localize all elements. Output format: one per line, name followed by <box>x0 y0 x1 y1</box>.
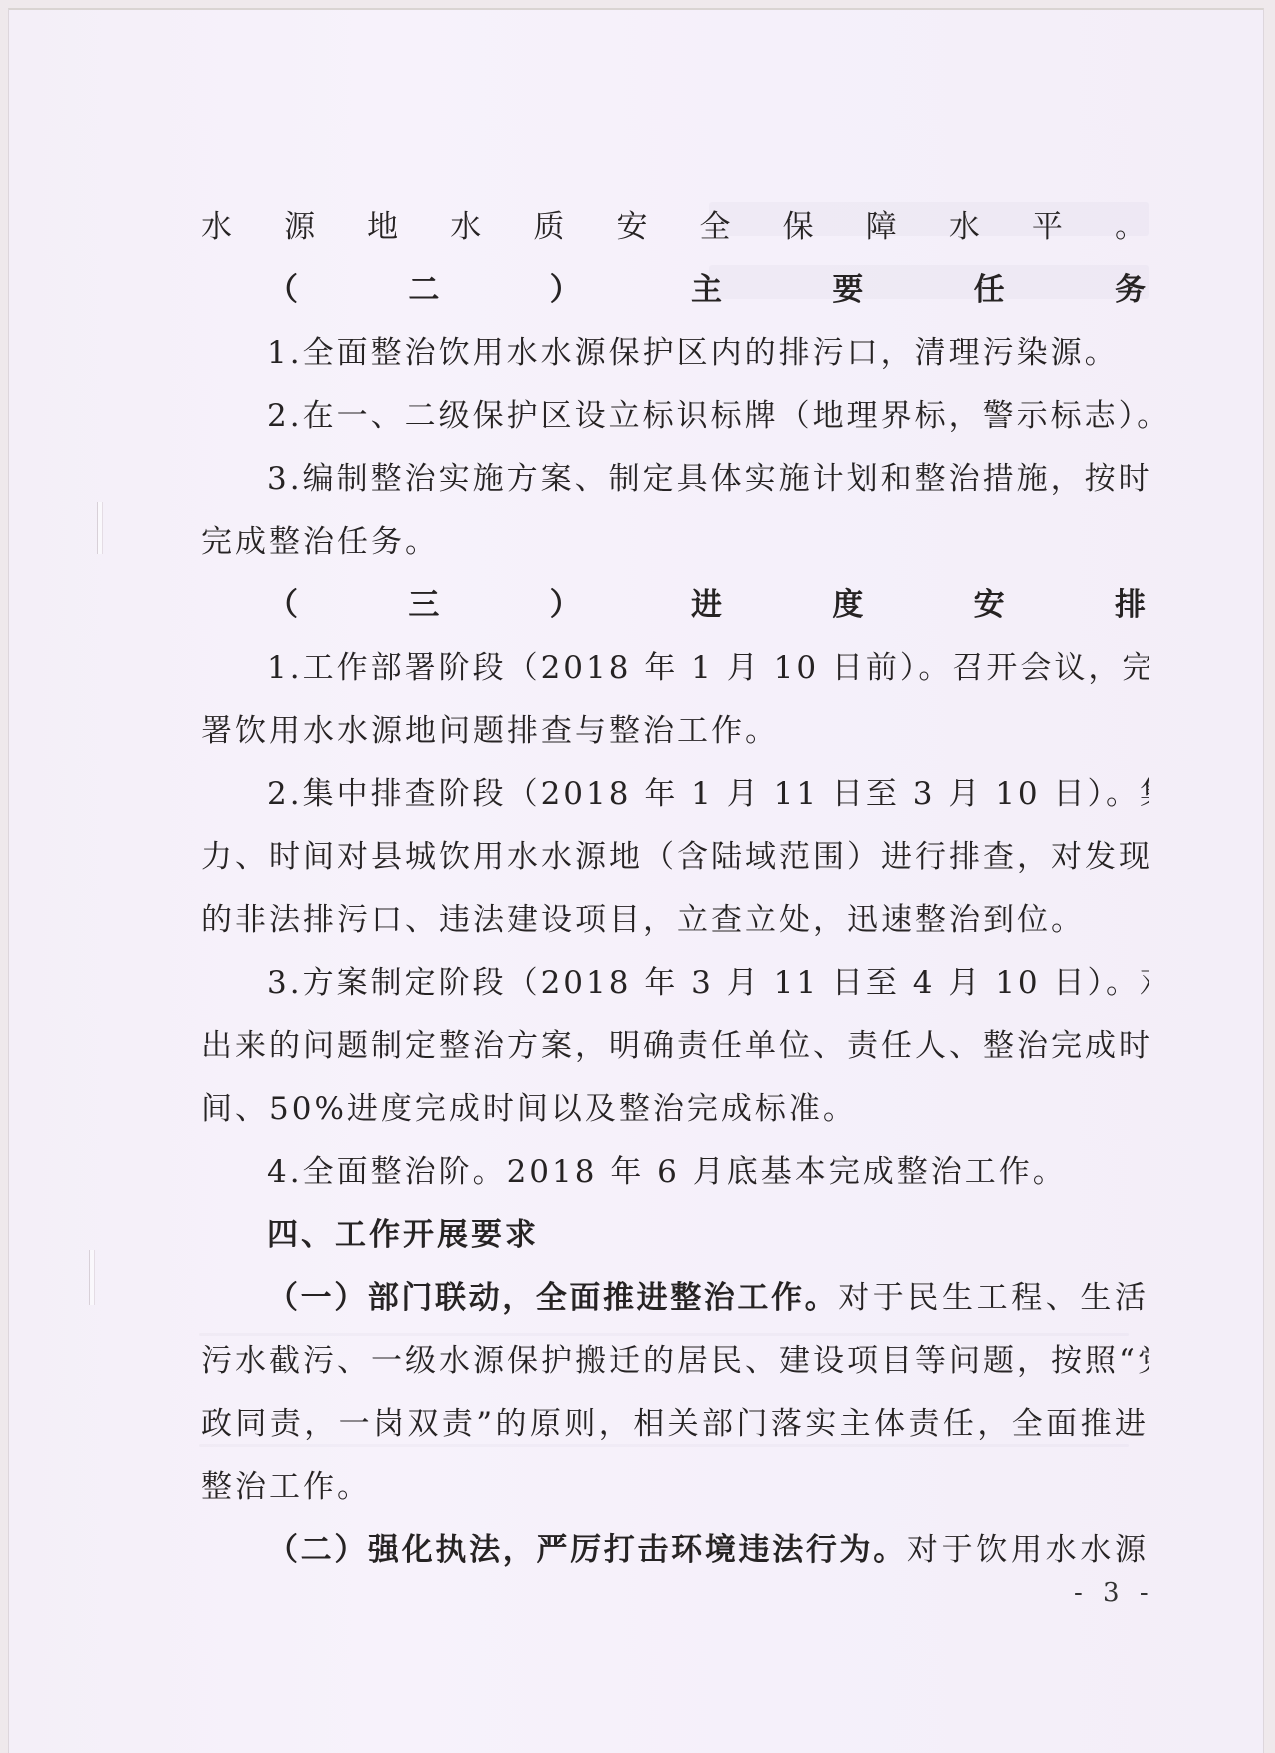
document-page: 水源地水质安全保障水平。 （二）主要任务 1.全面整治饮用水水源保护区内的排污口… <box>8 8 1264 1753</box>
line-text: 污水截污、一级水源保护搬迁的居民、建设项目等问题，按照“党 <box>201 1343 1149 1379</box>
text-line: 4.全面整治阶。2018 年 6 月底基本完成整治工作。 <box>201 1141 1149 1204</box>
line-text: 2.集中排查阶段（2018 年 1 月 11 日至 3 月 10 日）。集中人 <box>267 776 1149 812</box>
line-text: 间、50%进度完成时间以及整治完成标准。 <box>201 1091 857 1127</box>
text-line: 完成整治任务。 <box>201 511 1149 574</box>
line-text: 4.全面整治阶。2018 年 6 月底基本完成整治工作。 <box>267 1154 1067 1190</box>
line-text: 3.方案制定阶段（2018 年 3 月 11 日至 4 月 10 日）。对排查 <box>267 965 1149 1001</box>
text-line: 污水截污、一级水源保护搬迁的居民、建设项目等问题，按照“党 <box>201 1330 1149 1393</box>
line-text: 1.全面整治饮用水水源保护区内的排污口，清理污染源。 <box>267 335 1119 371</box>
line-text: （二）主要任务 <box>267 272 1149 308</box>
section-heading: 四、工作开展要求 <box>201 1204 1149 1267</box>
page-number: - 3 - <box>1074 1578 1155 1608</box>
line-text: 水源地水质安全保障水平。 <box>201 209 1149 245</box>
text-line: 整治工作。 <box>201 1456 1149 1519</box>
line-text: 的非法排污口、违法建设项目，立查立处，迅速整治到位。 <box>201 902 1085 938</box>
text-line: 1.工作部署阶段（2018 年 1 月 10 日前）。召开会议，完成部 <box>201 637 1149 700</box>
text-line: 力、时间对县城饮用水水源地（含陆域范围）进行排查，对发现 <box>201 826 1149 889</box>
line-text: 政同责，一岗双责”的原则，相关部门落实主体责任，全面推进 <box>201 1406 1149 1442</box>
staple-mark-top <box>97 502 103 554</box>
text-line: 水源地水质安全保障水平。 <box>201 196 1149 259</box>
line-text: 对于民生工程、生活 <box>838 1280 1149 1316</box>
text-line: 的非法排污口、违法建设项目，立查立处，迅速整治到位。 <box>201 889 1149 952</box>
text-line: 3.方案制定阶段（2018 年 3 月 11 日至 4 月 10 日）。对排查 <box>201 952 1149 1015</box>
text-line: 2.在一、二级保护区设立标识标牌（地理界标，警示标志）。 <box>201 385 1149 448</box>
section-heading: （二）主要任务 <box>201 259 1149 322</box>
text-line: 间、50%进度完成时间以及整治完成标准。 <box>201 1078 1149 1141</box>
bold-lead-in: （一）部门联动，全面推进整治工作。 <box>267 1280 838 1316</box>
section-heading: （三）进度安排 <box>201 574 1149 637</box>
text-line: 政同责，一岗双责”的原则，相关部门落实主体责任，全面推进 <box>201 1393 1149 1456</box>
line-text: （三）进度安排 <box>267 587 1149 623</box>
line-text: 3.编制整治实施方案、制定具体实施计划和整治措施，按时 <box>267 461 1149 497</box>
line-text: 整治工作。 <box>201 1469 371 1505</box>
staple-mark-bottom <box>89 1250 95 1305</box>
text-line: 出来的问题制定整治方案，明确责任单位、责任人、整治完成时 <box>201 1015 1149 1078</box>
text-line: 1.全面整治饮用水水源保护区内的排污口，清理污染源。 <box>201 322 1149 385</box>
line-text: 2.在一、二级保护区设立标识标牌（地理界标，警示标志）。 <box>267 398 1149 434</box>
bold-lead-in: （二）强化执法，严厉打击环境违法行为。 <box>267 1532 907 1568</box>
text-line: 3.编制整治实施方案、制定具体实施计划和整治措施，按时 <box>201 448 1149 511</box>
text-line: 2.集中排查阶段（2018 年 1 月 11 日至 3 月 10 日）。集中人 <box>201 763 1149 826</box>
line-text: 力、时间对县城饮用水水源地（含陆域范围）进行排查，对发现 <box>201 839 1149 875</box>
line-text: 四、工作开展要求 <box>267 1217 539 1253</box>
text-line: （一）部门联动，全面推进整治工作。对于民生工程、生活 <box>201 1267 1149 1330</box>
text-line: 署饮用水水源地问题排查与整治工作。 <box>201 700 1149 763</box>
line-text: 署饮用水水源地问题排查与整治工作。 <box>201 713 779 749</box>
line-text: 1.工作部署阶段（2018 年 1 月 10 日前）。召开会议，完成部 <box>267 650 1149 686</box>
line-text: 对于饮用水水源 <box>907 1532 1149 1568</box>
text-line: （二）强化执法，严厉打击环境违法行为。对于饮用水水源 <box>201 1519 1149 1582</box>
document-body: 水源地水质安全保障水平。 （二）主要任务 1.全面整治饮用水水源保护区内的排污口… <box>201 196 1149 1582</box>
line-text: 出来的问题制定整治方案，明确责任单位、责任人、整治完成时 <box>201 1028 1149 1064</box>
line-text: 完成整治任务。 <box>201 524 439 560</box>
